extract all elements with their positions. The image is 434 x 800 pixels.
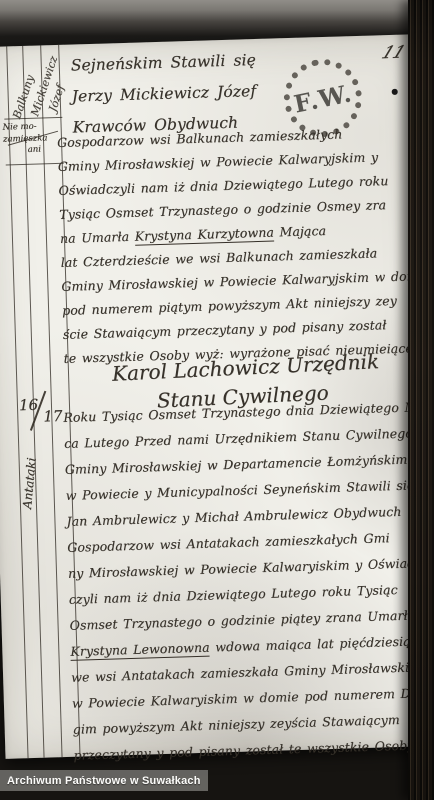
line-segment: Gminy Mirosławskiej w Departamencie Łomż… (65, 452, 408, 477)
death-act-text-1: Gospodarzow wsi Balkunach zamieszkałych … (57, 120, 433, 371)
page-number: 11 (378, 42, 408, 63)
line-segment: Tysiąc Osmset Trzynastego o godzinie Osm… (59, 197, 386, 222)
ink-dot (392, 89, 398, 95)
line-segment: wdowa maiąca lat pięćdziesiąt (209, 633, 416, 654)
line-segment: Jan Ambrulewicz y Michał Ambrulewicz Oby… (66, 504, 401, 529)
archive-watermark-label: Archiwum Państwowe w Suwałkach (7, 775, 201, 787)
archive-watermark: Archiwum Państwowe w Suwałkach (0, 770, 208, 791)
manuscript-page: Balkuny Mickiewicz Józef Nie mo- zamięsz… (0, 34, 434, 759)
margin-divider-2 (6, 163, 64, 166)
line-segment-underlined: Krystyna Kurzytowna (134, 225, 274, 246)
archival-photo: Balkuny Mickiewicz Józef Nie mo- zamięsz… (0, 0, 434, 800)
line-segment: Gospodarzow wsi Balkunach zamieszkałych (57, 126, 343, 150)
act-number-bottom: 17 (43, 407, 63, 426)
line-segment: przeczytany y pod pisany został te wszys… (73, 738, 414, 763)
line-segment: Gospodarzow wsi Antatakach zamieszkałych… (67, 530, 390, 555)
margin-note-line: ani (3, 144, 65, 157)
line-segment: gim powyższym Akt niniejszy zeyścia Staw… (72, 712, 399, 737)
stamp-initials: F.W. (291, 78, 354, 118)
death-act-text-2: Roku Tysiąc Osmset Trzynastego dnia Dzie… (63, 393, 434, 768)
line-segment: Sejneńskim Stawili się (71, 51, 257, 75)
act-number-top: 16 (19, 396, 39, 415)
line-segment: czyli nam iż dnia Dziewiątego Lutego rok… (69, 582, 398, 607)
line-segment: Mająca (274, 223, 327, 240)
line-segment: Jerzy Mickiewicz Józef (71, 82, 256, 106)
book-edge (408, 0, 434, 800)
line-segment: na Umarła (60, 229, 135, 246)
line-segment-underlined: Krystyna Lewonowna (70, 640, 210, 661)
